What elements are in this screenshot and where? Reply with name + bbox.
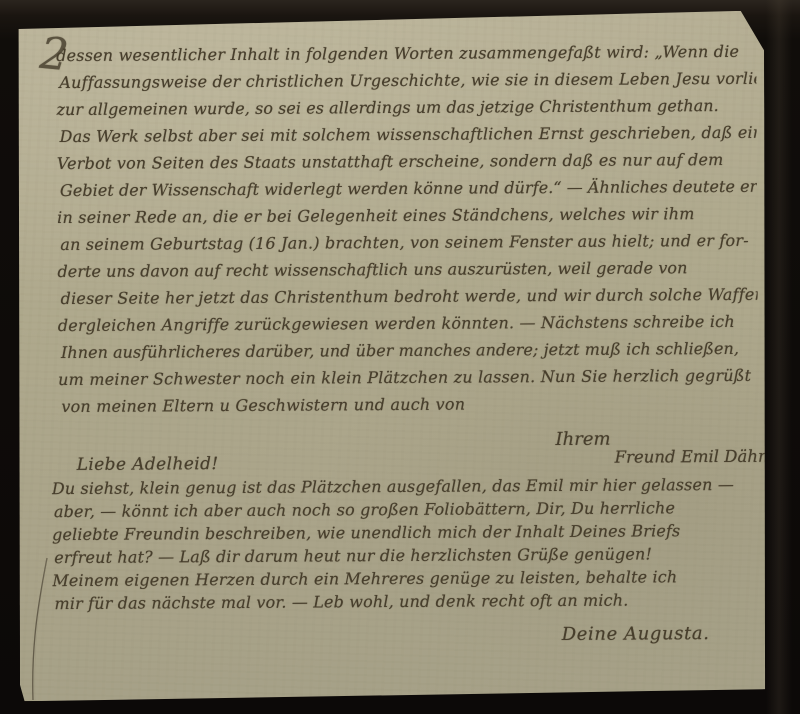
scanned-letter-photo: 2 dessen wesentlicher Inhalt in folgende…	[0, 0, 800, 714]
postscript-signature: Deine Augusta.	[562, 623, 710, 645]
letter-body-line: zur allgemeinen wurde, so sei es allerdi…	[56, 92, 756, 123]
postscript-line: Meinem eigenen Herzen durch ein Mehreres…	[52, 565, 767, 592]
closing-pre: Ihrem	[555, 429, 610, 450]
letter-body-line: dergleichen Angriffe zurückgewiesen werd…	[58, 308, 758, 339]
backdrop-shadow	[766, 0, 792, 714]
postscript-line: geliebte Freundin beschreiben, wie unend…	[52, 519, 767, 546]
letter-body-line: Das Werk selbst aber sei mit solchem wis…	[57, 119, 757, 150]
postscript-line: mir für das nächste mal vor. — Leb wohl,…	[52, 588, 767, 615]
letter-body-line: Gebiet der Wissenschaft widerlegt werden…	[57, 173, 757, 204]
letter-body-line: dieser Seite her jetzt das Christenthum …	[58, 281, 758, 312]
letter-body: dessen wesentlicher Inhalt in folgenden …	[56, 38, 758, 420]
postscript-body: Du siehst, klein genug ist das Plätzchen…	[52, 473, 768, 615]
letter-body-line: Verbot von Seiten des Staats unstatthaft…	[57, 146, 757, 177]
letter-body-line: derte uns davon auf recht wissenschaftli…	[57, 254, 757, 285]
letter-body-line: an seinem Geburtstag (16 Jan.) brachten,…	[57, 227, 757, 258]
letter-paper: 2 dessen wesentlicher Inhalt in folgende…	[16, 11, 768, 702]
closing-signature: Freund Emil Dähn.	[615, 447, 774, 467]
letter-body-line: Ihnen ausführlicheres darüber, und über …	[58, 335, 758, 366]
letter-body-line: von meinen Eltern u Geschwistern und auc…	[58, 389, 758, 420]
letter-body-line: Auffassungsweise der christlichen Urgesc…	[56, 65, 756, 96]
letter-body-line: um meiner Schwester noch ein klein Plätz…	[58, 362, 758, 393]
postscript-salutation: Liebe Adelheid!	[77, 454, 219, 475]
letter-body-line: in seiner Rede an, die er bei Gelegenhei…	[57, 200, 757, 231]
letter-body-line: dessen wesentlicher Inhalt in folgenden …	[56, 38, 756, 69]
